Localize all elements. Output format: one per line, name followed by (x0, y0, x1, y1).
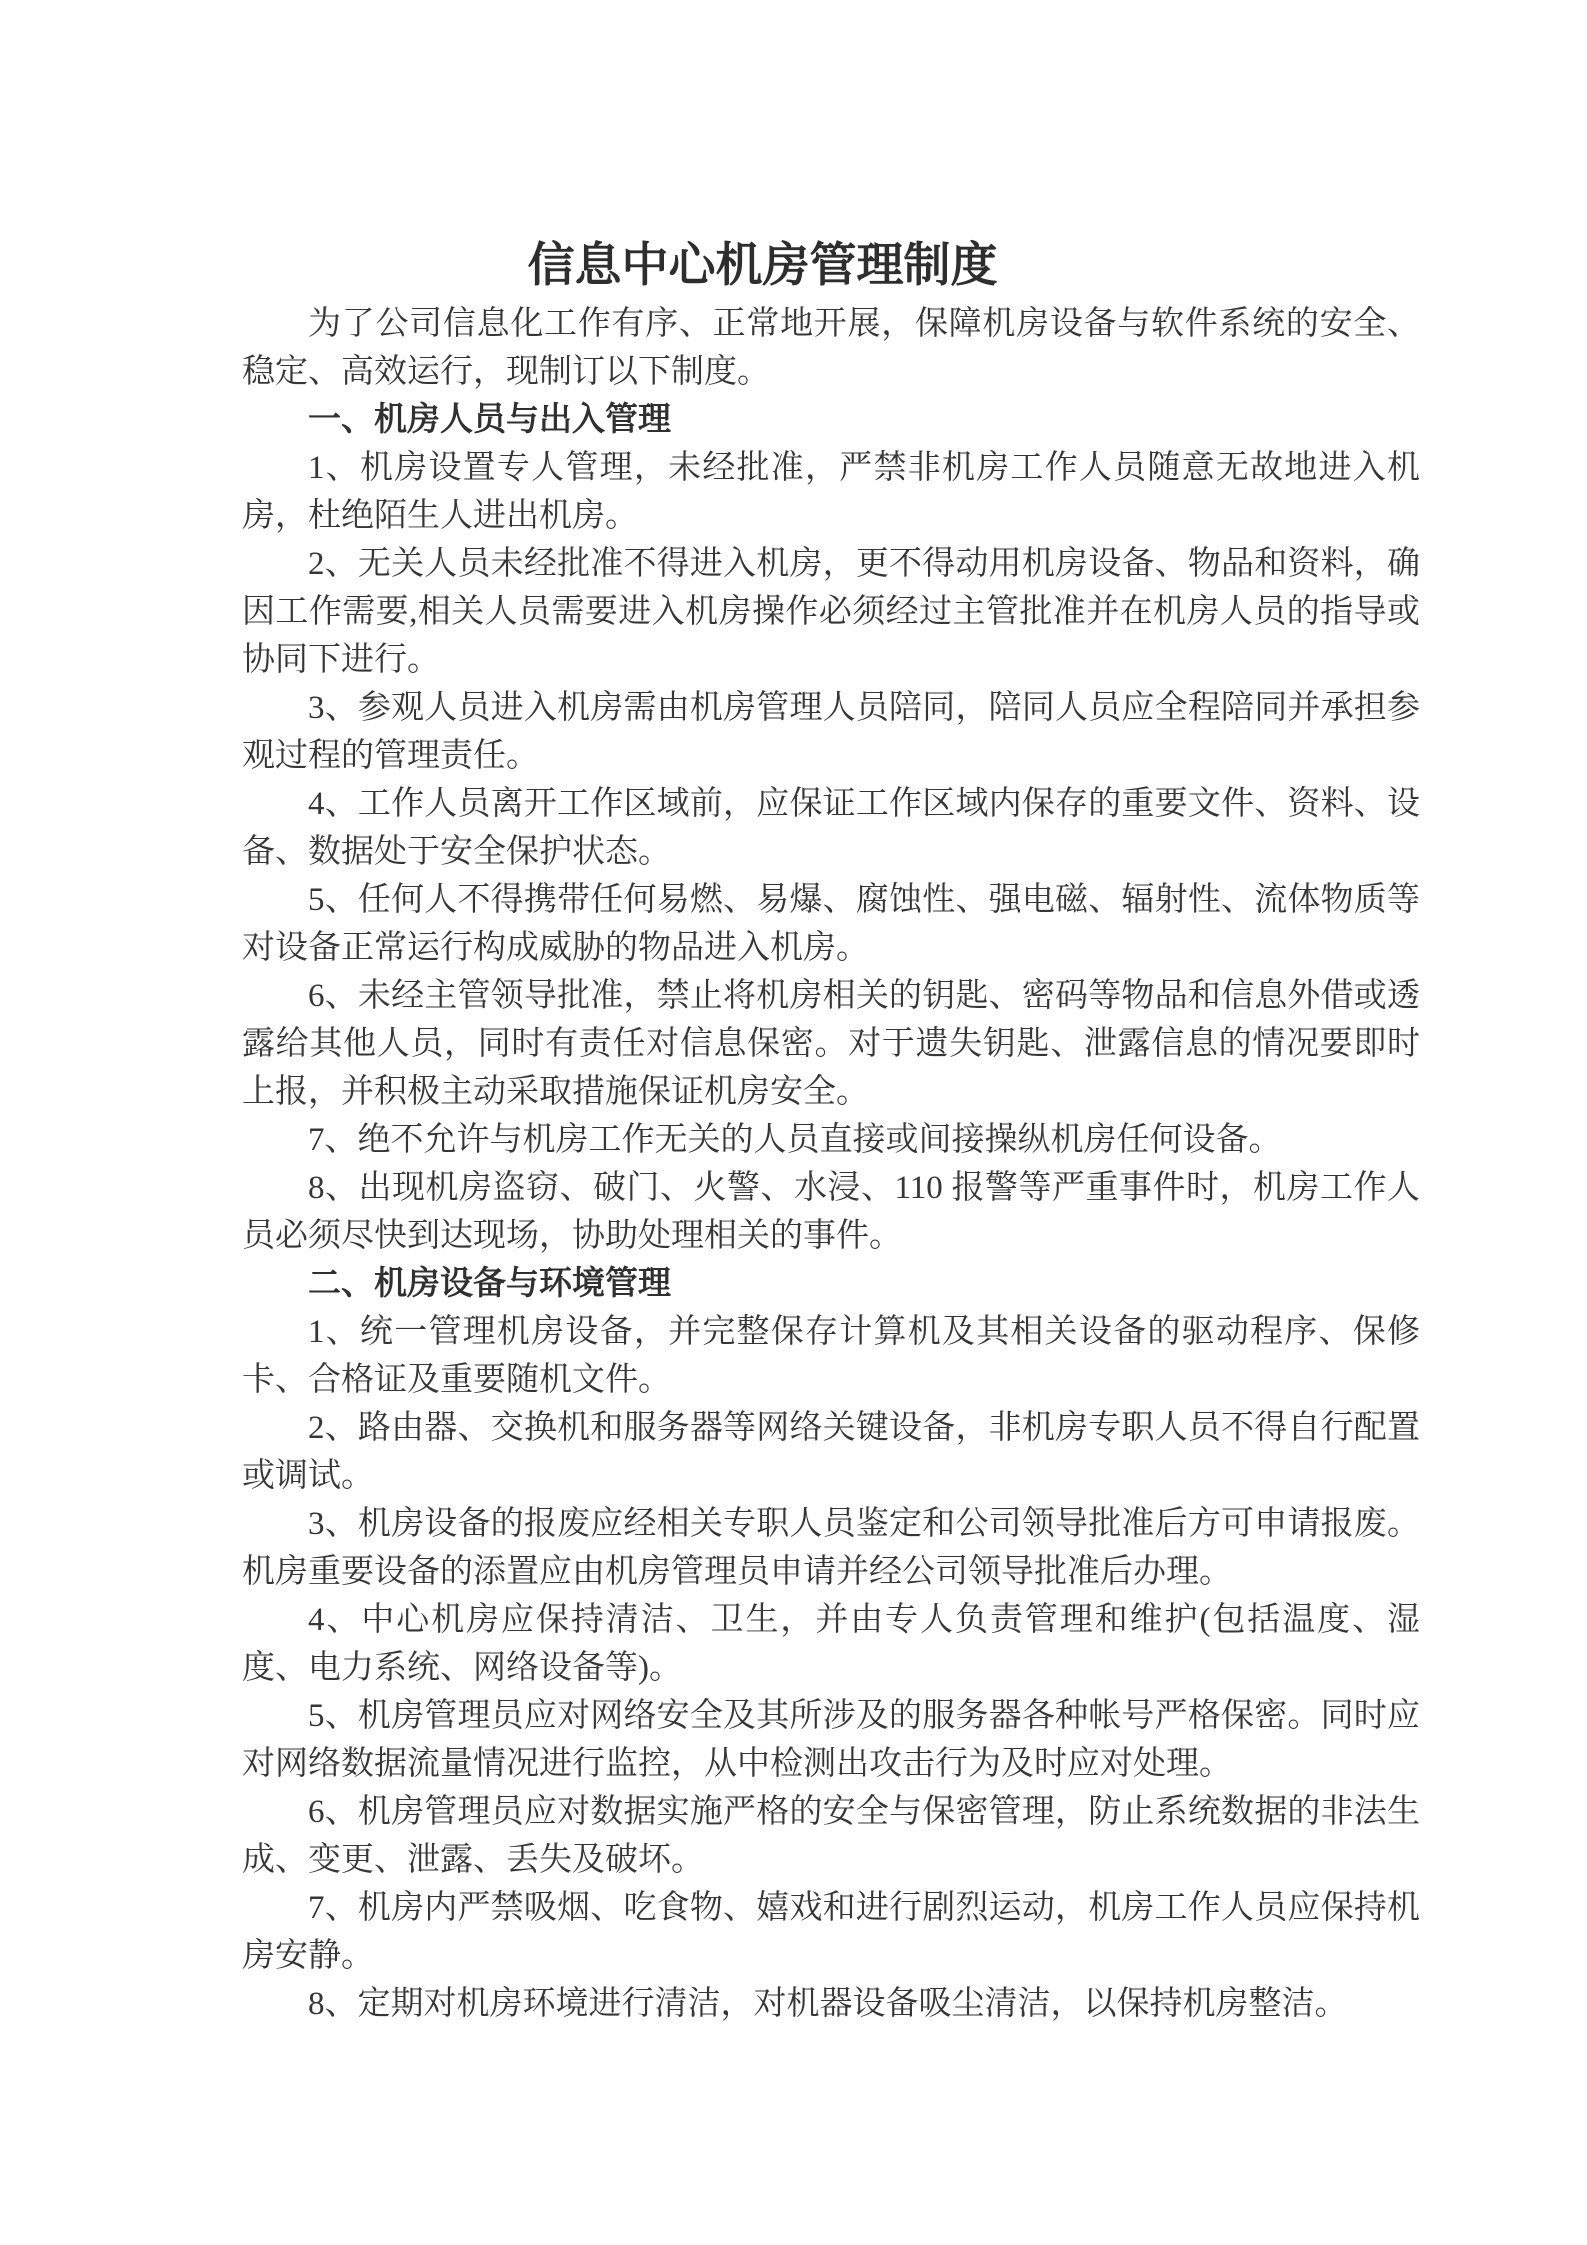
section-2-rule-5: 5、机房管理员应对网络安全及其所涉及的服务器各种帐号严格保密。同时应对网络数据流… (242, 1692, 1420, 1788)
intro-paragraph: 为了公司信息化工作有序、正常地开展，保障机房设备与软件系统的安全、稳定、高效运行… (242, 300, 1420, 396)
section-2-heading: 二、机房设备与环境管理 (242, 1260, 1420, 1308)
section-1-rule-2: 2、无关人员未经批准不得进入机房，更不得动用机房设备、物品和资料，确因工作需要,… (242, 540, 1420, 684)
section-1-heading: 一、机房人员与出入管理 (242, 396, 1420, 444)
section-1-rule-5: 5、任何人不得携带任何易燃、易爆、腐蚀性、强电磁、辐射性、流体物质等对设备正常运… (242, 876, 1420, 972)
page-title: 信息中心机房管理制度 (242, 238, 1283, 294)
section-2-rule-3: 3、机房设备的报废应经相关专职人员鉴定和公司领导批准后方可申请报废。机房重要设备… (242, 1500, 1420, 1596)
section-2-rule-4: 4、中心机房应保持清洁、卫生，并由专人负责管理和维护(包括温度、湿度、电力系统、… (242, 1596, 1420, 1692)
section-1-rule-8: 8、出现机房盗窃、破门、火警、水浸、110 报警等严重事件时，机房工作人员必须尽… (242, 1164, 1420, 1260)
section-1-rule-4: 4、工作人员离开工作区域前，应保证工作区域内保存的重要文件、资料、设备、数据处于… (242, 780, 1420, 876)
section-1-rule-7: 7、绝不允许与机房工作无关的人员直接或间接操纵机房任何设备。 (242, 1116, 1420, 1164)
section-2-rule-8: 8、定期对机房环境进行清洁，对机器设备吸尘清洁，以保持机房整洁。 (242, 1980, 1420, 2028)
section-1-rule-3: 3、参观人员进入机房需由机房管理人员陪同，陪同人员应全程陪同并承担参观过程的管理… (242, 684, 1420, 780)
section-2-rule-1: 1、统一管理机房设备，并完整保存计算机及其相关设备的驱动程序、保修卡、合格证及重… (242, 1308, 1420, 1404)
section-1-rule-1: 1、机房设置专人管理，未经批准，严禁非机房工作人员随意无故地进入机房，杜绝陌生人… (242, 444, 1420, 540)
section-2-rule-2: 2、路由器、交换机和服务器等网络关键设备，非机房专职人员不得自行配置或调试。 (242, 1404, 1420, 1500)
document-page: 信息中心机房管理制度 为了公司信息化工作有序、正常地开展，保障机房设备与软件系统… (0, 0, 1587, 2245)
section-2-rule-6: 6、机房管理员应对数据实施严格的安全与保密管理，防止系统数据的非法生成、变更、泄… (242, 1788, 1420, 1884)
section-1-rule-6: 6、未经主管领导批准，禁止将机房相关的钥匙、密码等物品和信息外借或透露给其他人员… (242, 972, 1420, 1116)
section-2-rule-7: 7、机房内严禁吸烟、吃食物、嬉戏和进行剧烈运动，机房工作人员应保持机房安静。 (242, 1884, 1420, 1980)
